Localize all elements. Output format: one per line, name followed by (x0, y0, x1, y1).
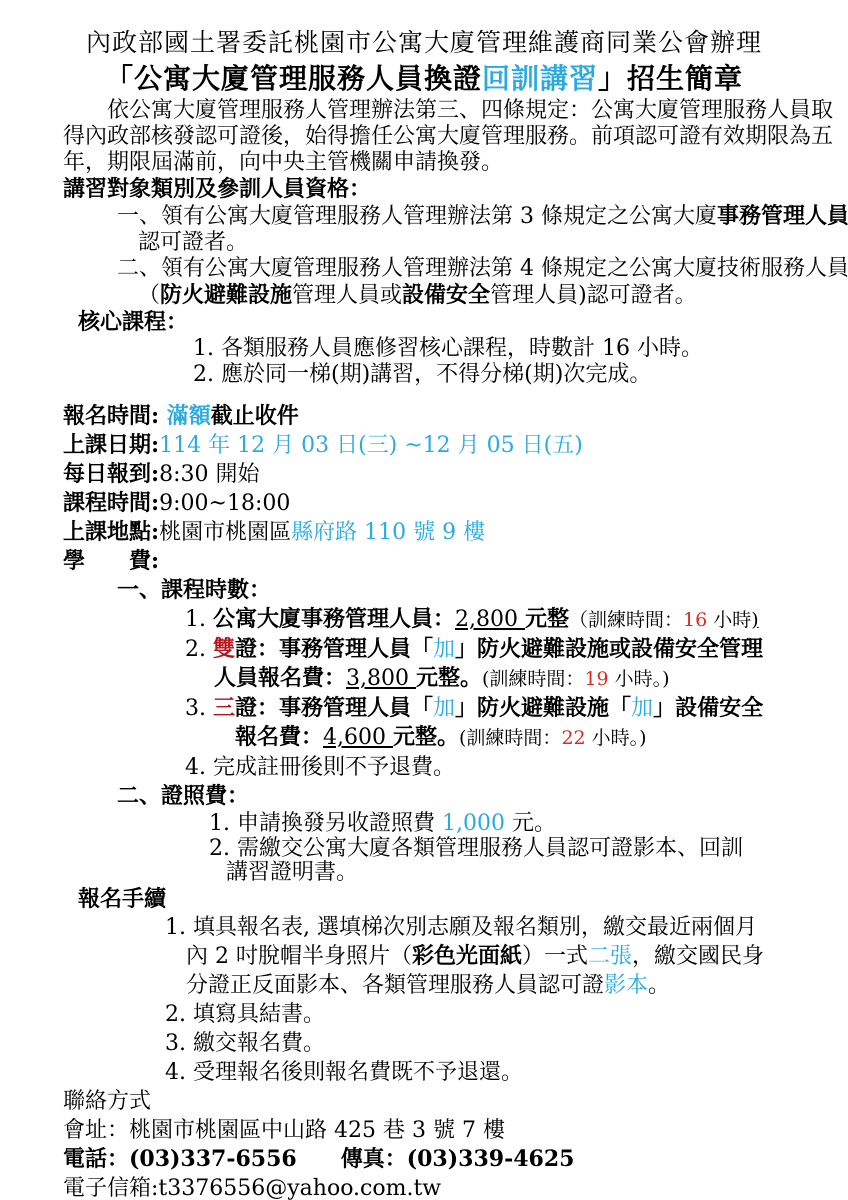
text-segment: 講習證明書。 (226, 860, 358, 885)
text-segment: 小時。) (586, 727, 647, 749)
qualification-item-1-line-2: 認可證者。 (138, 230, 848, 256)
text-segment: 內政部國土署委託桃園市公寓大廈管理維護商同業公會辦理 (86, 28, 762, 57)
text-segment: 2. 需繳交公寓大廈各類管理服務人員認可證影本、回訓 (209, 836, 743, 861)
text-segment: 認可證者。 (138, 230, 248, 255)
text-segment: 證：事務管理人員「 (235, 695, 433, 721)
text-segment: 114 年 12 月 03 日(三) ~12 月 05 日(五) (159, 433, 583, 458)
contact-phone-fax: 電話：(03)337-6556 傳真：(03)339-4625 (63, 1145, 848, 1174)
text-segment: 「公寓大廈管理服務人員換證 (105, 62, 482, 95)
license-fee-item-1: 1. 申請換發另收證照費 1,000 元。 (209, 811, 848, 837)
text-segment: 內 2 吋脫帽半身照片（ (186, 944, 412, 969)
text-segment: 核心課程： (78, 309, 188, 335)
class-date: 上課日期:114 年 12 月 03 日(三) ~12 月 05 日(五) (63, 431, 848, 460)
text-segment: 課程時間: (63, 490, 159, 516)
text-segment: 3. (185, 696, 213, 721)
text-segment: 小時。) (609, 668, 670, 690)
text-segment: 電子信箱:t3376556@yahoo.com.tw (63, 1176, 441, 1200)
section-qualification-heading: 講習對象類別及參訓人員資格： (63, 176, 848, 203)
text-segment: 報名費： (235, 724, 323, 750)
procedure-item-1-line-3: 分證正反面影本、各類管理服務人員認可證影本。 (186, 971, 848, 1000)
text-segment: 1. 各類服務人員應修習核心課程，時數計 16 小時。 (193, 336, 703, 361)
text-segment: 元整。 (393, 724, 459, 750)
contact-email: 電子信箱:t3376556@yahoo.com.tw (63, 1174, 848, 1200)
procedure-item-2: 2. 填寫具結書。 (165, 1000, 848, 1029)
text-segment: 2. 應於同一梯(期)講習，不得分梯(期)次完成。 (193, 362, 651, 387)
text-segment: 設備安全 (402, 282, 490, 308)
text-segment: 桃園市桃園區 (159, 520, 291, 545)
text-segment: 證：事務管理人員「 (235, 636, 433, 662)
text-segment: 1. 填具報名表, 選填梯次別志願及報名類別，繳交最近兩個月 (165, 915, 757, 940)
fee-item-2-line-1: 2. 雙證：事務管理人員「加」防火避難設施或設備安全管理 (185, 635, 848, 664)
intro-line-2: 得內政部核發認可證後，始得擔任公寓大廈管理服務。前項認可證有效期限為五 (63, 124, 848, 150)
text-segment: 二、領有公寓大廈管理服務人管理辦法第 4 條規定之公寓大廈技術服務人員 (117, 256, 848, 281)
text-segment: 2,800 (455, 607, 525, 632)
text-segment: 9:00~18:00 (159, 491, 290, 516)
text-segment: 」防火避難設施「 (455, 695, 631, 721)
text-segment: 雙 (213, 636, 235, 662)
text-segment: 管理人員)認可證者。 (490, 283, 697, 308)
course-hours: 課程時間:9:00~18:00 (63, 489, 848, 518)
text-segment: 小時 (707, 609, 751, 631)
text-segment: 影本 (604, 973, 648, 998)
text-segment: 截止收件 (211, 403, 299, 429)
intro-line-3: 年，期限屆滿前，向中央主管機關申請換發。 (63, 150, 848, 176)
text-segment: ）一式 (522, 944, 588, 969)
fee-item-4: 4. 完成註冊後則不予退費。 (185, 753, 848, 782)
text-segment: 16 (683, 609, 707, 631)
text-segment: 3. 繳交報名費。 (165, 1031, 325, 1056)
text-segment: 講習對象類別及參訓人員資格： (63, 176, 371, 202)
text-segment: 人員報名費： (214, 665, 346, 691)
text-segment: 元整。 (416, 665, 482, 691)
tuition-sub1-heading: 一、課程時數： (117, 576, 848, 605)
text-segment: 8:30 開始 (159, 462, 259, 487)
text-segment: 2. 填寫具結書。 (165, 1002, 325, 1027)
text-segment: 。 (648, 973, 670, 998)
document-page: 內政部國土署委託桃園市公寓大廈管理維護商同業公會辦理「公寓大廈管理服務人員換證回… (0, 0, 848, 1200)
text-segment: （ (138, 283, 160, 308)
procedure-item-3: 3. 繳交報名費。 (165, 1029, 848, 1058)
text-segment: 會址：桃園市桃園區中山路 425 巷 3 號 7 樓 (63, 1118, 505, 1143)
title-line-2: 「公寓大廈管理服務人員換證回訓講習」招生簡章 (0, 60, 848, 98)
text-segment: 加 (433, 696, 455, 721)
text-segment: 3,800 (346, 666, 416, 691)
text-segment: ) (751, 609, 758, 631)
text-segment: 上課日期: (63, 432, 159, 458)
text-segment: 三 (213, 695, 235, 721)
procedure-item-1-line-1: 1. 填具報名表, 選填梯次別志願及報名類別，繳交最近兩個月 (165, 913, 848, 942)
text-segment: (訓練時間： (482, 668, 584, 690)
text-segment: 回訓講習 (482, 62, 598, 95)
section-contact-heading: 聯絡方式 (63, 1087, 848, 1116)
text-segment: 每日報到: (63, 461, 159, 487)
text-segment: 依公寓大廈管理服務人管理辦法第三、四條規定：公寓大廈管理服務人員取 (107, 98, 833, 123)
text-segment: 元。 (505, 811, 556, 836)
text-segment: 22 (561, 727, 585, 749)
section-procedure-heading: 報名手續 (78, 886, 848, 913)
title-line-1: 內政部國土署委託桃園市公寓大廈管理維護商同業公會辦理 (0, 26, 848, 60)
text-segment: （訓練時間： (569, 609, 683, 631)
text-segment: 公寓大廈事務管理人員： (213, 606, 455, 632)
core-course-item-1: 1. 各類服務人員應修習核心課程，時數計 16 小時。 (193, 336, 848, 362)
text-segment: ，繳交國民身 (632, 944, 764, 969)
text-segment: 電話：(03)337-6556 傳真：(03)339-4625 (63, 1146, 574, 1172)
section-core-course-heading: 核心課程： (78, 309, 848, 336)
text-segment: 報名手續 (78, 886, 166, 912)
contact-address: 會址：桃園市桃園區中山路 425 巷 3 號 7 樓 (63, 1116, 848, 1145)
license-fee-item-2-line-1: 2. 需繳交公寓大廈各類管理服務人員認可證影本、回訓 (209, 837, 848, 860)
text-segment: 4,600 (323, 725, 393, 750)
text-segment: 」設備安全 (653, 695, 763, 721)
text-segment: 縣府路 110 號 9 樓 (291, 520, 485, 545)
qualification-item-2-line-1: 二、領有公寓大廈管理服務人管理辦法第 4 條規定之公寓大廈技術服務人員 (117, 256, 848, 282)
class-location: 上課地點:桃園市桃園區縣府路 110 號 9 樓 (63, 518, 848, 547)
registration-time: 報名時間: 滿額截止收件 (63, 402, 848, 431)
text-segment: 1. 申請換發另收證照費 (209, 811, 442, 836)
text-segment: 一、領有公寓大廈管理服務人管理辦法第 3 條規定之公寓大廈 (117, 204, 717, 229)
text-segment: 分證正反面影本、各類管理服務人員認可證 (186, 973, 604, 998)
text-segment: 滿額 (167, 403, 211, 429)
text-segment: 彩色光面紙 (412, 943, 522, 969)
text-segment: 事務管理人員 (717, 203, 848, 229)
text-segment: 」招生簡章 (598, 62, 743, 95)
fee-item-2-line-2: 人員報名費：3,800 元整。(訓練時間：19 小時。) (214, 664, 848, 694)
text-segment: 一、課程時數： (117, 577, 271, 603)
text-segment: 2. (185, 637, 213, 662)
qualification-item-2-line-2: （防火避難設施管理人員或設備安全管理人員)認可證者。 (138, 282, 848, 309)
license-fee-item-2-line-2: 講習證明書。 (226, 860, 848, 886)
tuition-sub2-heading: 二、證照費： (117, 782, 848, 811)
text-segment: 19 (584, 668, 608, 690)
core-course-item-2: 2. 應於同一梯(期)講習，不得分梯(期)次完成。 (193, 362, 848, 388)
text-segment: 加 (631, 696, 653, 721)
text-segment: 二張 (588, 944, 632, 969)
text-segment: 學 費: (63, 548, 159, 574)
text-segment: 防火避難設施 (160, 282, 292, 308)
procedure-item-4: 4. 受理報名後則報名費既不予退還。 (165, 1058, 848, 1087)
procedure-item-1-line-2: 內 2 吋脫帽半身照片（彩色光面紙）一式二張，繳交國民身 (186, 942, 848, 971)
text-segment: 上課地點: (63, 519, 159, 545)
text-segment: 管理人員或 (292, 283, 402, 308)
fee-item-1: 1. 公寓大廈事務管理人員：2,800 元整（訓練時間：16 小時) (185, 605, 848, 635)
text-segment: 年，期限屆滿前，向中央主管機關申請換發。 (63, 150, 503, 175)
text-segment: 」防火避難設施或設備安全管理 (455, 636, 763, 662)
text-segment: 加 (433, 637, 455, 662)
text-segment: 4. 受理報名後則報名費既不予退還。 (165, 1060, 523, 1085)
text-segment: 報名時間: (63, 403, 167, 429)
text-segment: 得內政部核發認可證後，始得擔任公寓大廈管理服務。前項認可證有效期限為五 (63, 124, 833, 149)
text-segment: 4. 完成註冊後則不予退費。 (185, 755, 455, 780)
fee-item-3-line-1: 3. 三證：事務管理人員「加」防火避難設施「加」設備安全 (185, 694, 848, 723)
intro-line-1: 依公寓大廈管理服務人管理辦法第三、四條規定：公寓大廈管理服務人員取 (63, 98, 848, 124)
text-segment: 元整 (525, 606, 569, 632)
text-segment: 1. (185, 607, 213, 632)
text-segment: 1,000 (442, 811, 505, 836)
daily-checkin: 每日報到:8:30 開始 (63, 460, 848, 489)
text-segment: 二、證照費： (117, 783, 249, 809)
text-segment: 聯絡方式 (63, 1089, 151, 1114)
fee-item-3-line-2: 報名費：4,600 元整。(訓練時間：22 小時。) (235, 723, 848, 753)
section-tuition-heading: 學 費: (63, 547, 848, 576)
qualification-item-1-line-1: 一、領有公寓大廈管理服務人管理辦法第 3 條規定之公寓大廈事務管理人員 (117, 203, 848, 230)
text-segment: (訓練時間： (459, 727, 561, 749)
